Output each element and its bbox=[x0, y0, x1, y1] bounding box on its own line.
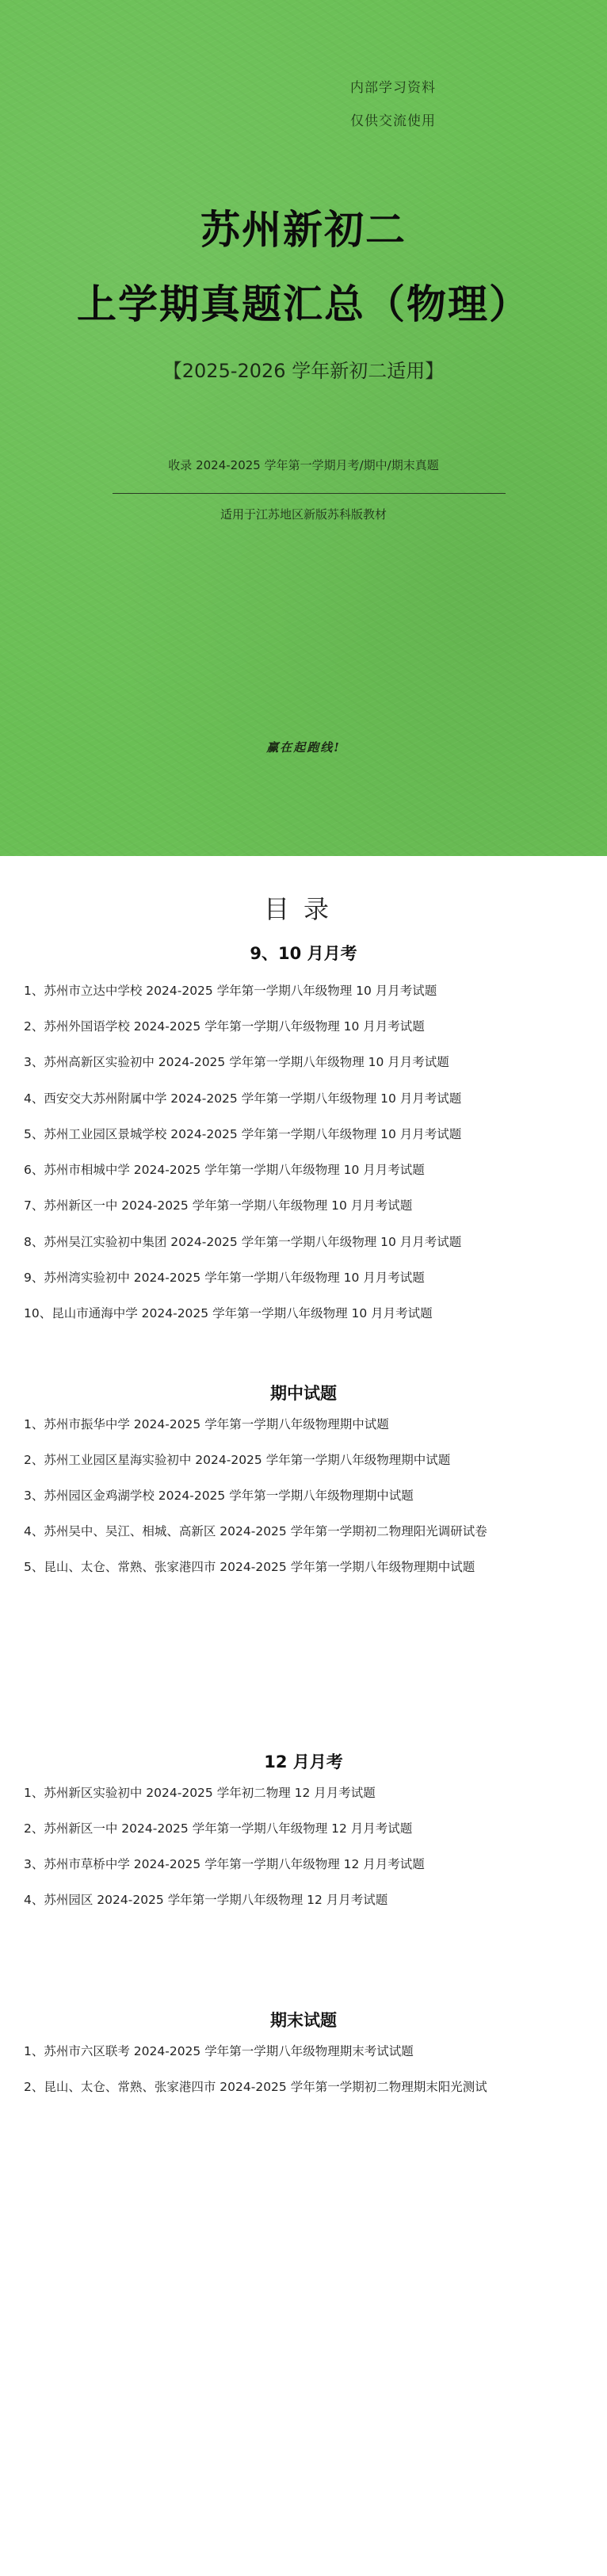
cover-title-line2: 上学期真题汇总（物理） bbox=[0, 273, 607, 330]
toc-item[interactable]: 3、苏州市草桥中学 2024-2025 学年第一学期八年级物理 12 月月考试题 bbox=[24, 1855, 425, 1872]
toc-item[interactable]: 6、苏州市相城中学 2024-2025 学年第一学期八年级物理 10 月月考试题 bbox=[24, 1160, 425, 1178]
toc-item[interactable]: 3、苏州高新区实验初中 2024-2025 学年第一学期八年级物理 10 月月考… bbox=[24, 1053, 449, 1070]
toc-item[interactable]: 2、昆山、太仓、常熟、张家港四市 2024-2025 学年第一学期初二物理期末阳… bbox=[24, 2077, 487, 2095]
section-title-monthly-12: 12 月月考 bbox=[0, 1749, 607, 1773]
divider bbox=[113, 493, 506, 494]
cover-slogan: 赢在起跑线! bbox=[0, 739, 607, 755]
toc-title: 目录 bbox=[0, 889, 607, 926]
cover-scope: 收录 2024-2025 学年第一学期月考/期中/期末真题 bbox=[0, 457, 607, 473]
toc-item[interactable]: 1、苏州市立达中学校 2024-2025 学年第一学期八年级物理 10 月月考试… bbox=[24, 981, 437, 999]
cover-usage: 适用于江苏地区新版苏科版教材 bbox=[0, 506, 607, 522]
section-title-midterm: 期中试题 bbox=[0, 1381, 607, 1405]
toc-item[interactable]: 2、苏州工业园区星海实验初中 2024-2025 学年第一学期八年级物理期中试题 bbox=[24, 1450, 450, 1468]
toc-item[interactable]: 10、昆山市通海中学 2024-2025 学年第一学期八年级物理 10 月月考试… bbox=[24, 1304, 433, 1321]
toc-item[interactable]: 2、苏州新区一中 2024-2025 学年第一学期八年级物理 12 月月考试题 bbox=[24, 1819, 412, 1836]
internal-note: 内部学习资料 bbox=[350, 76, 436, 96]
toc-item[interactable]: 4、苏州园区 2024-2025 学年第一学期八年级物理 12 月月考试题 bbox=[24, 1890, 387, 1908]
cover-subtitle: 【2025-2026 学年新初二适用】 bbox=[0, 355, 607, 383]
toc-item[interactable]: 2、苏州外国语学校 2024-2025 学年第一学期八年级物理 10 月月考试题 bbox=[24, 1017, 425, 1034]
toc-item[interactable]: 1、苏州市六区联考 2024-2025 学年第一学期八年级物理期末考试试题 bbox=[24, 2042, 414, 2059]
toc-item[interactable]: 4、苏州吴中、吴江、相城、高新区 2024-2025 学年第一学期初二物理阳光调… bbox=[24, 1522, 487, 1539]
section-title-monthly-9-10: 9、10 月月考 bbox=[0, 941, 607, 965]
toc-item[interactable]: 4、西安交大苏州附属中学 2024-2025 学年第一学期八年级物理 10 月月… bbox=[24, 1089, 461, 1106]
exchange-note: 仅供交流使用 bbox=[350, 109, 436, 129]
toc-item[interactable]: 9、苏州湾实验初中 2024-2025 学年第一学期八年级物理 10 月月考试题 bbox=[24, 1268, 425, 1286]
toc-item[interactable]: 7、苏州新区一中 2024-2025 学年第一学期八年级物理 10 月月考试题 bbox=[24, 1196, 412, 1213]
toc-item[interactable]: 1、苏州新区实验初中 2024-2025 学年初二物理 12 月月考试题 bbox=[24, 1783, 376, 1801]
toc-item[interactable]: 5、苏州工业园区景城学校 2024-2025 学年第一学期八年级物理 10 月月… bbox=[24, 1125, 461, 1142]
toc-item[interactable]: 5、昆山、太仓、常熟、张家港四市 2024-2025 学年第一学期八年级物理期中… bbox=[24, 1557, 475, 1575]
section-title-final: 期末试题 bbox=[0, 2008, 607, 2031]
toc-item[interactable]: 8、苏州吴江实验初中集团 2024-2025 学年第一学期八年级物理 10 月月… bbox=[24, 1233, 461, 1250]
cover-title-line1: 苏州新初二 bbox=[0, 198, 607, 255]
toc-item[interactable]: 1、苏州市振华中学 2024-2025 学年第一学期八年级物理期中试题 bbox=[24, 1415, 389, 1432]
toc-item[interactable]: 3、苏州园区金鸡湖学校 2024-2025 学年第一学期八年级物理期中试题 bbox=[24, 1486, 414, 1504]
cover-page: 内部学习资料 仅供交流使用 苏州新初二 上学期真题汇总（物理） 【2025-20… bbox=[0, 0, 607, 856]
